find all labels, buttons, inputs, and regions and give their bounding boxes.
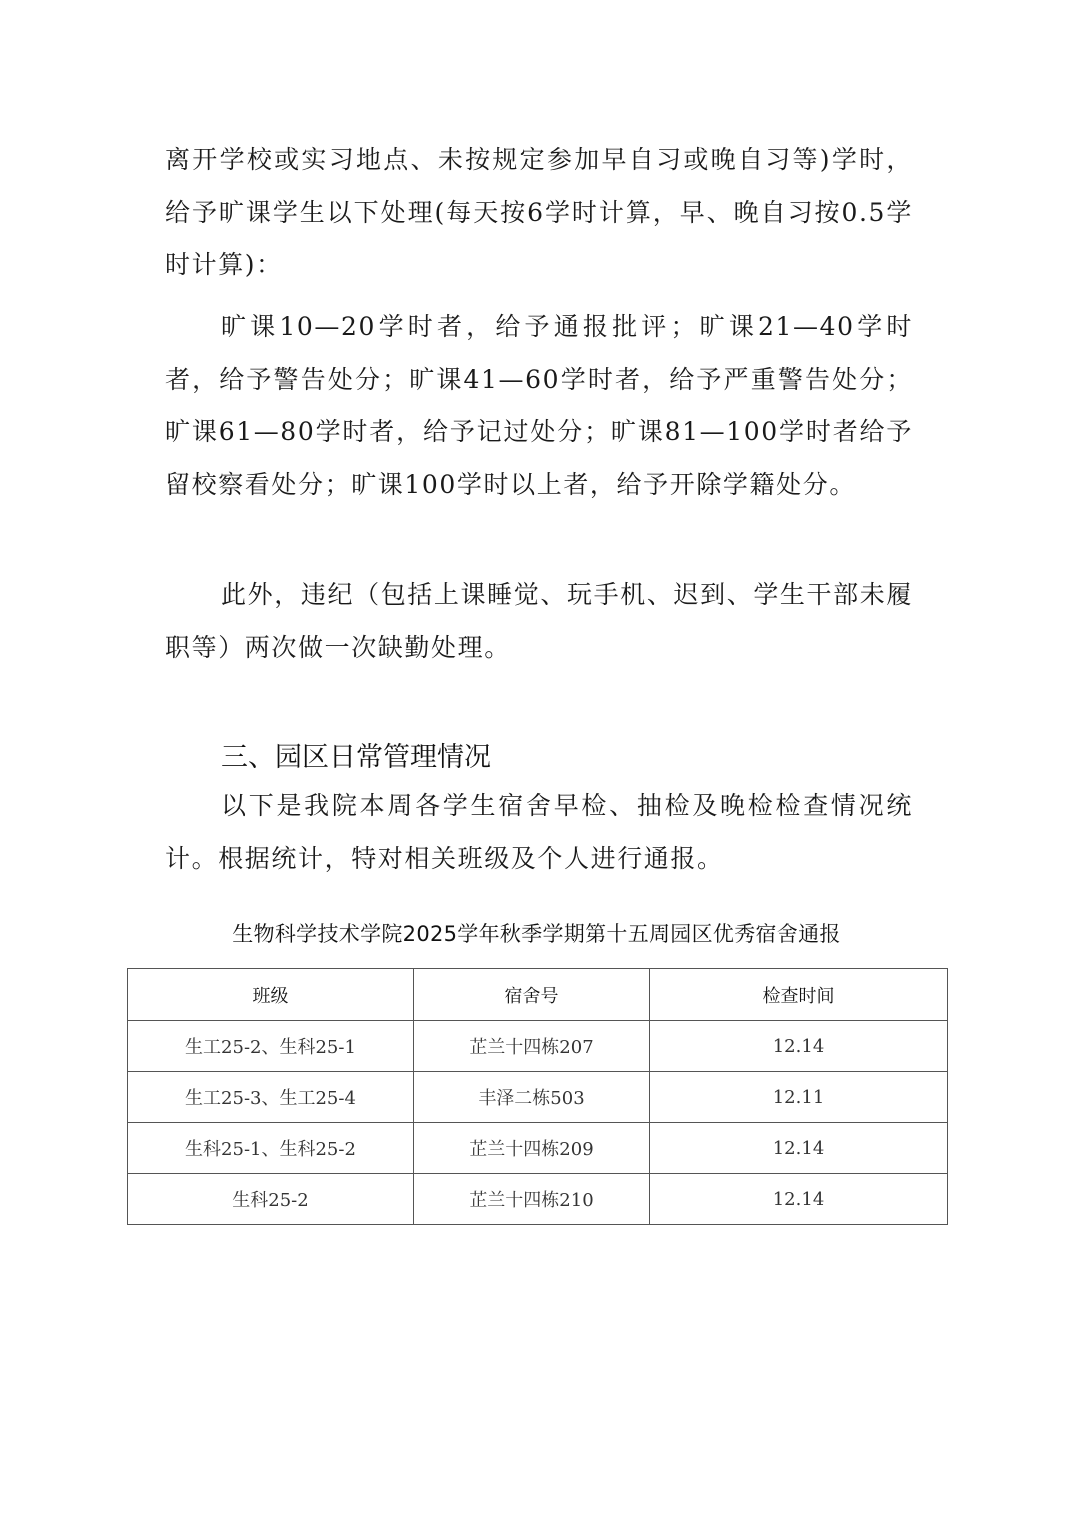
paragraph-text: 此外，违纪（包括上课睡觉、玩手机、迟到、学生干部未履职等）两次做一次缺勤处理。 — [165, 569, 913, 674]
table-row: 生科25-1、生科25-2 芷兰十四栋209 12.14 — [128, 1123, 948, 1174]
cell-class: 生科25-1、生科25-2 — [128, 1123, 414, 1174]
cell-check-time: 12.14 — [650, 1174, 948, 1225]
paragraph-penalty-tiers: 旷课10—20学时者，给予通报批评；旷课21—40学时者，给予警告处分；旷课41… — [165, 301, 913, 511]
cell-class: 生工25-2、生科25-1 — [128, 1021, 414, 1072]
section-heading: 三、园区日常管理情况 — [221, 736, 491, 780]
table-row: 生工25-3、生工25-4 丰泽二栋503 12.11 — [128, 1072, 948, 1123]
document-page: 离开学校或实习地点、未按规定参加早自习或晚自习等)学时，给予旷课学生以下处理(每… — [0, 0, 1074, 1520]
paragraph-text: 离开学校或实习地点、未按规定参加早自习或晚自习等)学时，给予旷课学生以下处理(每… — [165, 134, 913, 292]
paragraph-section-intro: 以下是我院本周各学生宿舍早检、抽检及晚检检查情况统计。根据统计，特对相关班级及个… — [165, 780, 913, 885]
paragraph-discipline-note: 此外，违纪（包括上课睡觉、玩手机、迟到、学生干部未履职等）两次做一次缺勤处理。 — [165, 569, 913, 674]
cell-dorm: 丰泽二栋503 — [414, 1072, 650, 1123]
cell-check-time: 12.11 — [650, 1072, 948, 1123]
cell-check-time: 12.14 — [650, 1123, 948, 1174]
cell-class: 生科25-2 — [128, 1174, 414, 1225]
paragraph-text: 旷课10—20学时者，给予通报批评；旷课21—40学时者，给予警告处分；旷课41… — [165, 301, 913, 511]
table-row: 生工25-2、生科25-1 芷兰十四栋207 12.14 — [128, 1021, 948, 1072]
table-title: 生物科学技术学院2025学年秋季学期第十五周园区优秀宿舍通报 — [127, 914, 946, 954]
cell-dorm: 芷兰十四栋207 — [414, 1021, 650, 1072]
excellent-dorm-table: 班级 宿舍号 检查时间 生工25-2、生科25-1 芷兰十四栋207 12.14… — [127, 968, 948, 1225]
cell-class: 生工25-3、生工25-4 — [128, 1072, 414, 1123]
cell-dorm: 芷兰十四栋210 — [414, 1174, 650, 1225]
cell-check-time: 12.14 — [650, 1021, 948, 1072]
table-row: 生科25-2 芷兰十四栋210 12.14 — [128, 1174, 948, 1225]
cell-dorm: 芷兰十四栋209 — [414, 1123, 650, 1174]
paragraph-absence-rule: 离开学校或实习地点、未按规定参加早自习或晚自习等)学时，给予旷课学生以下处理(每… — [165, 134, 913, 292]
table-header-row: 班级 宿舍号 检查时间 — [128, 969, 948, 1021]
column-header-class: 班级 — [128, 969, 414, 1021]
column-header-dorm: 宿舍号 — [414, 969, 650, 1021]
column-header-check-time: 检查时间 — [650, 969, 948, 1021]
paragraph-text: 以下是我院本周各学生宿舍早检、抽检及晚检检查情况统计。根据统计，特对相关班级及个… — [165, 780, 913, 885]
